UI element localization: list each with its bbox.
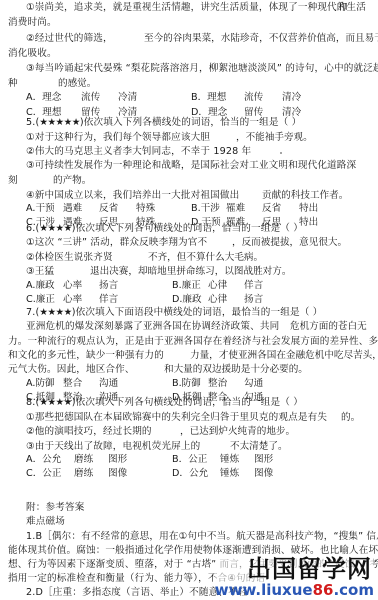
q6-sentence-3b: 退出决赛，却暗地里拼命练习，以图战胜对方。 <box>90 265 291 278</box>
question-number: 5.( <box>26 117 39 128</box>
q4-sentence-1-tail: 和 <box>338 1 348 14</box>
q7-para-line-3b: 力量，才使亚洲各国在金融危机中吃尽苦头， <box>190 349 378 362</box>
option-word: 心律 <box>208 279 227 292</box>
option-word: 冷清 <box>118 91 137 104</box>
q4-sentence-3-cont-b: 的感觉。 <box>58 77 96 90</box>
option-word: 扬言 <box>244 293 263 306</box>
answer-1-line-1: 1.B［偶尔：有不经常的意思，用在①句中不当。航天器是高科技产物，“搜集” 信息… <box>26 530 378 543</box>
q6-sentence-2a: ②体检医生说张齐贤 <box>26 251 113 264</box>
q7-para-line-2: 力。一种流行的观点认为，正是由于亚洲各国存在着经济与社会发展方面的差异性、多样性 <box>8 335 378 348</box>
option-word: 图像 <box>108 467 127 480</box>
option-word: 心率 <box>63 293 82 306</box>
option-b: B．公正 <box>172 453 207 466</box>
question-title: )依次填入下列各句横线处的词语，恰当的一组是（ ） <box>72 397 303 408</box>
option-word: 罹难 <box>226 202 245 215</box>
option-word: 清冷 <box>282 91 301 104</box>
q7-para-line-1a: 亚洲危机的爆发深刻暴露了亚洲各国在协调经济政策、共同 <box>26 320 279 333</box>
option-word: 佯言 <box>244 279 263 292</box>
option-b: B.干涉 <box>191 202 220 215</box>
option-word: 整治 <box>208 377 227 390</box>
q4-sentence-3-cont-a: 种 <box>8 77 18 90</box>
q5-sentence-3: ③可持续性发展作为一种理论和战略，是国际社会对工业文明和现代化道路深 <box>26 159 356 172</box>
question-number: 7.( <box>26 307 39 318</box>
q5-sentence-2: ②伟大的马克思主义者李大钊同志，不幸于 1928 年 <box>26 145 251 158</box>
option-d: D．公允 <box>172 467 208 480</box>
option-d: D.廉政 <box>172 293 202 306</box>
option-b: B.防御 <box>172 377 201 390</box>
option-word: 图形 <box>254 453 273 466</box>
question-number: 8.( <box>26 397 39 408</box>
option-word: 磨练 <box>74 453 93 466</box>
option-word: 特出 <box>299 202 318 215</box>
option-word: 流传 <box>244 91 263 104</box>
q5-title: 5.(★★★★★)依次填入下列各横线处的词语，恰当的一组是（ ） <box>26 116 301 129</box>
option-a: A.干预 <box>26 202 55 215</box>
q4-sentence-2b: 至今的谷肉果菜，水陆珍奇，不仅营养价值高，而且易于 <box>144 32 378 45</box>
q5-sentence-1b: ，不能袖手旁观。 <box>236 131 313 144</box>
option-word: 沟通 <box>99 377 118 390</box>
q6-sentence-2b: 不齐，但不算什么大毛病。 <box>148 251 263 264</box>
q6-sentence-3a: ③王猛 <box>26 265 54 278</box>
option-a: A.防御 <box>26 377 55 390</box>
option-word: 佯言 <box>99 293 118 306</box>
difficulty-stars-icon: ★★★★ <box>39 397 71 408</box>
option-word: 锤炼 <box>220 453 239 466</box>
answers-heading: 附：参考答案 <box>26 501 84 514</box>
stray-dot <box>280 152 282 154</box>
option-b: B.廉正 <box>172 279 201 292</box>
option-b: B．理想 <box>191 91 226 104</box>
option-word: 图形 <box>108 453 127 466</box>
option-word: 勾通 <box>244 377 263 390</box>
q6-sentence-1a: ①这次 “三讲” 活动，群众反映李翔为官不 <box>26 236 207 249</box>
option-word: 反省 <box>262 202 281 215</box>
question-number: 6.( <box>26 223 39 234</box>
option-a: A.廉政 <box>26 279 55 292</box>
q8-sentence-1b: 的。 <box>341 411 360 424</box>
q6-title: 6.(★★★★)依次填入下列各句横线处的词语，恰当的一组是（ ） <box>26 222 303 235</box>
text: ①崇尚美，追求美，就是重视生活情趣，讲究生活质量，体现了一种现代的生活 <box>26 2 366 13</box>
option-word: 心率 <box>63 279 82 292</box>
answer-1-line-3: 想、行为等因素下逐渐变质、堕落，对于 “古塔” 而言，它主要受到风雨的 “侵蚀”… <box>8 558 378 571</box>
option-word: 遇难 <box>63 202 82 215</box>
q5-sentence-3-cont-a: 刻 <box>8 174 18 187</box>
q5-sentence-4b: 贡献的科技工作者。 <box>262 189 348 202</box>
q8-sentence-2b: ，已达到炉火纯青的地步。 <box>180 425 295 438</box>
answer-2-line-1: 2.D［庄重：多指态度（言语、举止）不随意、不轻 <box>26 586 248 599</box>
difficulty-stars-icon: ★★★★★ <box>39 117 80 128</box>
document-page: ①崇尚美，追求美，就是重视生活情趣，讲究生活质量，体现了一种现代的生活 和 消费… <box>0 0 378 600</box>
q5-sentence-1a: ①对于这种行为，我们每个领导都应该大胆 <box>26 131 210 144</box>
answer-1-line-4: 指用一定的标准检查和衡量（行为、能力等），不合④句的语 <box>8 572 265 585</box>
url-suffix: .com <box>333 581 374 599</box>
option-word: 磨练 <box>74 467 93 480</box>
q8-sentence-1a: ①那些把德国队在本届欧锦赛中的失利完全归咎于里贝克的观点是有失 <box>26 411 327 424</box>
url-number: 86 <box>313 581 334 599</box>
q5-sentence-3-cont-b: 的产物。 <box>53 174 91 187</box>
option-a: A．理念 <box>26 91 61 104</box>
option-word: 反省 <box>99 202 118 215</box>
option-word: 图像 <box>254 467 273 480</box>
question-title: )依次填入下列各句横线处的词语，恰当的一组是（ ） <box>72 223 303 234</box>
q4-sentence-3: ③每当吟诵起宋代晏殊 “梨花院落溶溶月，柳絮池塘淡淡风” 的诗句，心中的就泛起一 <box>26 62 378 75</box>
option-word: 心律 <box>208 293 227 306</box>
q7-title: 7.(★★★★)依次填入下面语段中横线处的词语，最恰当的一组是（ ） <box>26 306 322 319</box>
option-word: 整合 <box>63 377 82 390</box>
q5-sentence-4a: ④新中国成立以来，我们培养出一大批对祖国做出 <box>26 189 239 202</box>
q7-para-line-1b: 危机方面的苍白无 <box>290 320 367 333</box>
q7-para-line-3a: 和文化的多元性，缺少一种强有力的 <box>8 349 164 362</box>
difficulty-stars-icon: ★★★★ <box>39 223 71 234</box>
option-word: 流传 <box>81 91 100 104</box>
q8-sentence-3b: 不太清楚了。 <box>230 440 288 453</box>
option-c: C．公正 <box>26 467 61 480</box>
q7-para-line-4a: 元气大伤。因此，地区合作、 <box>8 363 135 376</box>
option-word: 特殊 <box>136 202 155 215</box>
q8-title: 8.(★★★★)依次填入下列各句横线处的词语，恰当的一组是（ ） <box>26 396 303 409</box>
q4-sentence-2-cont: 消化吸收。 <box>8 47 57 60</box>
answers-subheading: 难点磁场 <box>26 515 65 528</box>
q8-sentence-2a: ②他的演唱技巧，经过长期的 <box>26 425 152 438</box>
option-word: 扬言 <box>99 279 118 292</box>
option-word: 锤炼 <box>220 467 239 480</box>
question-title: )依次填入下列各横线处的词语，恰当的一组是（ ） <box>80 117 301 128</box>
q4-sentence-1: ①崇尚美，追求美，就是重视生活情趣，讲究生活质量，体现了一种现代的生活 <box>26 1 366 14</box>
q4-sentence-2a: ②经过世代的筛选， <box>26 32 113 45</box>
option-a: A．公允 <box>26 453 61 466</box>
q8-sentence-3a: ③由于天线出了故障，电视机荧光屏上的 <box>26 440 200 453</box>
q4-sentence-1-cont: 消费时尚。 <box>8 16 57 29</box>
question-title: )依次填入下面语段中横线处的词语，最恰当的一组是（ ） <box>72 307 323 318</box>
option-c: C.廉正 <box>26 293 55 306</box>
difficulty-stars-icon: ★★★★ <box>39 307 71 318</box>
q6-sentence-1b: ，反而被提拔，意见很大。 <box>232 236 347 249</box>
answer-1-line-2: 能体现其价值。腐蚀：一般指通过化学作用使物体逐渐遭到消损、破坏。也比喻人在坏的思 <box>8 544 378 557</box>
q7-para-line-4b: 和大量的双边援助是十分必要的。 <box>164 363 308 376</box>
